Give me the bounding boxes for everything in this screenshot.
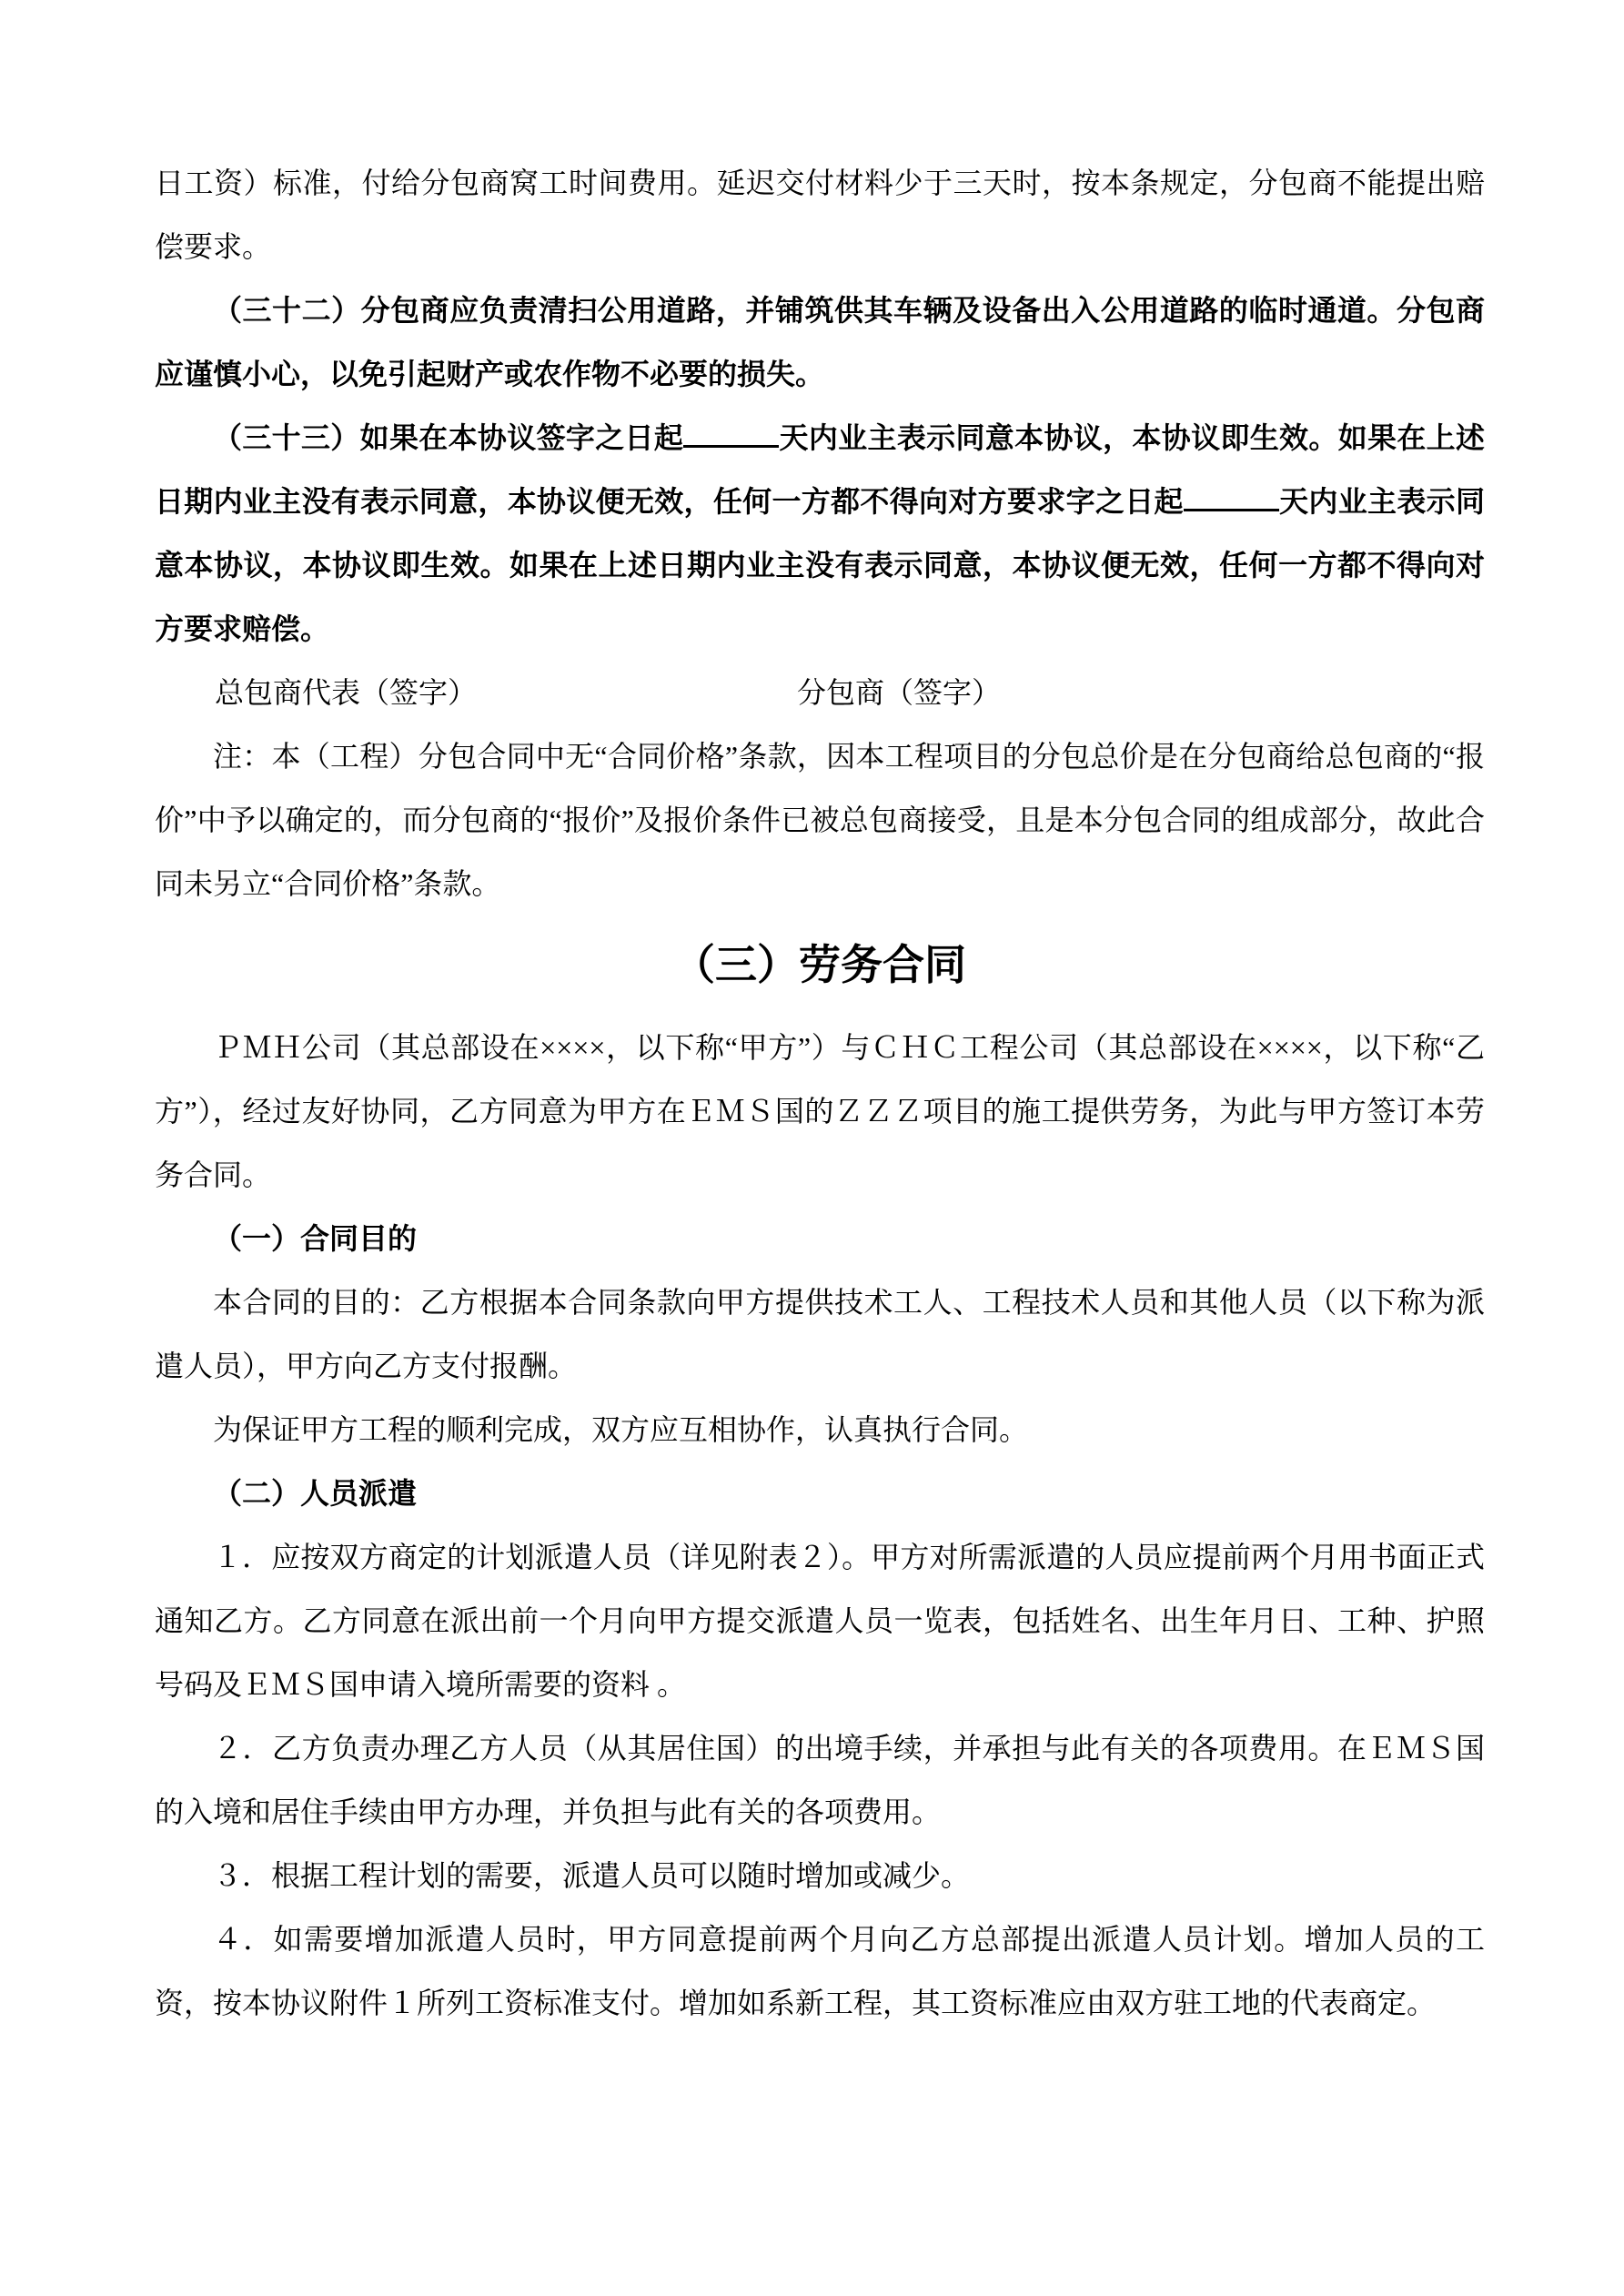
dispatch-item-3: ３．根据工程计划的需要，派遣人员可以随时增加或减少。 [155, 1844, 1485, 1907]
contract-document-page: 日工资）标准，付给分包商窝工时间费用。延迟交付材料少于三天时，按本条规定，分包商… [0, 0, 1624, 2296]
purpose-paragraph-1: 本合同的目的：乙方根据本合同条款向甲方提供技术工人、工程技术人员和其他人员（以下… [155, 1270, 1485, 1398]
fill-in-blank-days-1 [683, 445, 779, 448]
signature-row: 总包商代表（签字） 分包商（签字） [155, 661, 1485, 724]
clause-33-paragraph: （三十三）如果在本协议签字之日起天内业主表示同意本协议，本协议即生效。如果在上述… [155, 406, 1485, 661]
continuation-paragraph: 日工资）标准，付给分包商窝工时间费用。延迟交付材料少于三天时，按本条规定，分包商… [155, 151, 1485, 278]
intro-paragraph: ＰＭＨ公司（其总部设在××××，以下称“甲方”）与ＣＨＣ工程公司（其总部设在××… [155, 1016, 1485, 1207]
general-contractor-signature-label: 总包商代表（签字） [215, 661, 477, 724]
heading-personnel-dispatch: （二）人员派遣 [155, 1462, 1485, 1525]
purpose-paragraph-2: 为保证甲方工程的顺利完成，双方应互相协作，认真执行合同。 [155, 1398, 1485, 1462]
dispatch-item-4: ４．如需要增加派遣人员时，甲方同意提前两个月向乙方总部提出派遣人员计划。增加人员… [155, 1907, 1485, 2035]
dispatch-item-1: １．应按双方商定的计划派遣人员（详见附表２）。甲方对所需派遣的人员应提前两个月用… [155, 1525, 1485, 1716]
fill-in-blank-days-2 [1184, 509, 1279, 511]
note-paragraph: 注：本（工程）分包合同中无“合同价格”条款，因本工程项目的分包总价是在分包商给总… [155, 724, 1485, 915]
document-body: 日工资）标准，付给分包商窝工时间费用。延迟交付材料少于三天时，按本条规定，分包商… [155, 151, 1485, 2035]
dispatch-item-2: ２．乙方负责办理乙方人员（从其居住国）的出境手续，并承担与此有关的各项费用。在Ｅ… [155, 1716, 1485, 1844]
subcontractor-signature-label: 分包商（签字） [797, 661, 1001, 724]
section-title-labor-contract: （三）劳务合同 [155, 915, 1485, 1016]
heading-contract-purpose: （一）合同目的 [155, 1207, 1485, 1270]
clause-32-paragraph: （三十二）分包商应负责清扫公用道路，并铺筑供其车辆及设备出入公用道路的临时通道。… [155, 278, 1485, 406]
clause-33-text-1: （三十三）如果在本协议签字之日起 [213, 421, 683, 454]
